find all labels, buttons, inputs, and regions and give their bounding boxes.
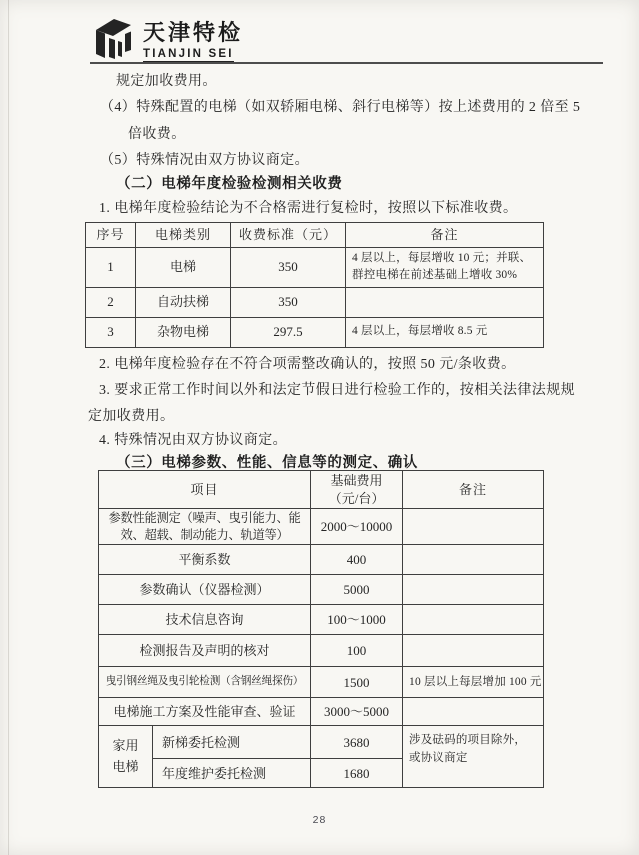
table-row-group-first: 家用电梯 新梯委托检测 3680 涉及砝码的项目除外，或协议商定 (99, 726, 544, 759)
table-row: 技术信息咨询 100～1000 (99, 605, 544, 635)
cell-remark (403, 605, 544, 635)
paragraph-overflow-line: 规定加收费用。 (116, 70, 217, 90)
cell-no: 2 (86, 287, 136, 317)
cell-item: 技术信息咨询 (99, 605, 311, 635)
cell-remark (403, 575, 544, 605)
table-row: 参数确认（仪器检测） 5000 (99, 575, 544, 605)
cell-item: 检测报告及声明的核对 (99, 635, 311, 667)
page-header: 天津特检 TIANJIN SEI (93, 16, 243, 64)
cell-fee: 1680 (311, 759, 403, 788)
cell-remark: 10 层以上每层增加 100 元 (403, 667, 544, 698)
table-row: 3 杂物电梯 297.5 4 层以上，每层增收 8.5 元 (86, 317, 544, 347)
section2-note4: 4. 特殊情况由双方协议商定。 (99, 429, 287, 449)
table-header-row: 序号 电梯类别 收费标准（元） 备注 (86, 223, 544, 248)
paragraph-item4-line2: 倍收费。 (128, 123, 186, 143)
cell-fee: 400 (311, 545, 403, 575)
cell-remark: 4 层以上，每层增收 8.5 元 (346, 317, 544, 347)
cell-fee: 3000～5000 (311, 698, 403, 726)
cell-item: 电梯施工方案及性能审查、验证 (99, 698, 311, 726)
section2-heading: （二）电梯年度检验检测相关收费 (116, 172, 343, 193)
cell-fee: 3680 (311, 726, 403, 759)
table-row: 1 电梯 350 4 层以上，每层增收 10 元；并联、群控电梯在前述基础上增收… (86, 248, 544, 288)
col-header-fee: 收费标准（元） (231, 223, 346, 248)
cell-remark (403, 509, 544, 545)
section2-note1: 1. 电梯年度检验结论为不合格需进行复检时，按照以下标准收费。 (99, 197, 517, 217)
cell-fee: 350 (231, 287, 346, 317)
header-divider (90, 62, 603, 64)
cell-fee: 2000～10000 (311, 509, 403, 545)
cell-item: 参数性能测定（噪声、曳引能力、能效、超载、制动能力、轨道等） (99, 509, 311, 545)
col-header-base-fee: 基础费用（元/台） (311, 471, 403, 509)
cell-item: 年度维护委托检测 (153, 759, 311, 788)
logo-chinese-name: 天津特检 (143, 21, 243, 44)
table-row: 参数性能测定（噪声、曳引能力、能效、超载、制动能力、轨道等） 2000～1000… (99, 509, 544, 545)
cell-fee: 297.5 (231, 317, 346, 347)
page-number: 28 (0, 814, 639, 826)
cell-group-remark: 涉及砝码的项目除外，或协议商定 (403, 726, 544, 788)
tianjin-sei-logo-icon (93, 16, 137, 64)
measurement-fee-table: 项目 基础费用（元/台） 备注 参数性能测定（噪声、曳引能力、能效、超载、制动能… (98, 470, 544, 788)
paragraph-item4-line1: （4）特殊配置的电梯（如双轿厢电梯、斜行电梯等）按上述费用的 2 倍至 5 (100, 96, 580, 116)
cell-fee: 1500 (311, 667, 403, 698)
cell-category: 杂物电梯 (136, 317, 231, 347)
scan-edge-artifact (8, 0, 9, 855)
table-row: 检测报告及声明的核对 100 (99, 635, 544, 667)
cell-item: 曳引钢丝绳及曳引轮检测（含钢丝绳探伤） (99, 667, 311, 698)
cell-fee: 5000 (311, 575, 403, 605)
cell-fee: 100 (311, 635, 403, 667)
cell-remark (346, 287, 544, 317)
cell-category: 电梯 (136, 248, 231, 288)
cell-remark (403, 635, 544, 667)
table-row: 平衡系数 400 (99, 545, 544, 575)
cell-fee: 350 (231, 248, 346, 288)
section2-note3-line1: 3. 要求正常工作时间以外和法定节假日进行检验工作的，按相关法律法规规 (99, 379, 575, 399)
cell-item: 参数确认（仪器检测） (99, 575, 311, 605)
section2-note2: 2. 电梯年度检验存在不符合项需整改确认的，按照 50 元/条收费。 (99, 353, 516, 373)
col-header-category: 电梯类别 (136, 223, 231, 248)
section2-note3-line2: 定加收费用。 (88, 405, 174, 425)
section3-heading: （三）电梯参数、性能、信息等的测定、确认 (116, 451, 418, 472)
col-header-remark: 备注 (403, 471, 544, 509)
table-header-row: 项目 基础费用（元/台） 备注 (99, 471, 544, 509)
recheck-fee-table: 序号 电梯类别 收费标准（元） 备注 1 电梯 350 4 层以上，每层增收 1… (85, 222, 544, 348)
cell-remark (403, 545, 544, 575)
cell-fee: 100～1000 (311, 605, 403, 635)
table-row: 曳引钢丝绳及曳引轮检测（含钢丝绳探伤） 1500 10 层以上每层增加 100 … (99, 667, 544, 698)
document-page: 天津特检 TIANJIN SEI 规定加收费用。 （4）特殊配置的电梯（如双轿厢… (0, 0, 639, 855)
cell-item: 新梯委托检测 (153, 726, 311, 759)
cell-category: 自动扶梯 (136, 287, 231, 317)
table-row: 电梯施工方案及性能审查、验证 3000～5000 (99, 698, 544, 726)
cell-no: 1 (86, 248, 136, 288)
cell-remark: 4 层以上，每层增收 10 元；并联、群控电梯在前述基础上增收 30% (346, 248, 544, 288)
cell-remark (403, 698, 544, 726)
logo-english-name: TIANJIN SEI (143, 48, 234, 63)
table-row: 2 自动扶梯 350 (86, 287, 544, 317)
paragraph-item5: （5）特殊情况由双方协议商定。 (100, 149, 309, 169)
cell-item: 平衡系数 (99, 545, 311, 575)
cell-no: 3 (86, 317, 136, 347)
cell-group-label: 家用电梯 (99, 726, 153, 788)
col-header-no: 序号 (86, 223, 136, 248)
col-header-remark: 备注 (346, 223, 544, 248)
col-header-item: 项目 (99, 471, 311, 509)
